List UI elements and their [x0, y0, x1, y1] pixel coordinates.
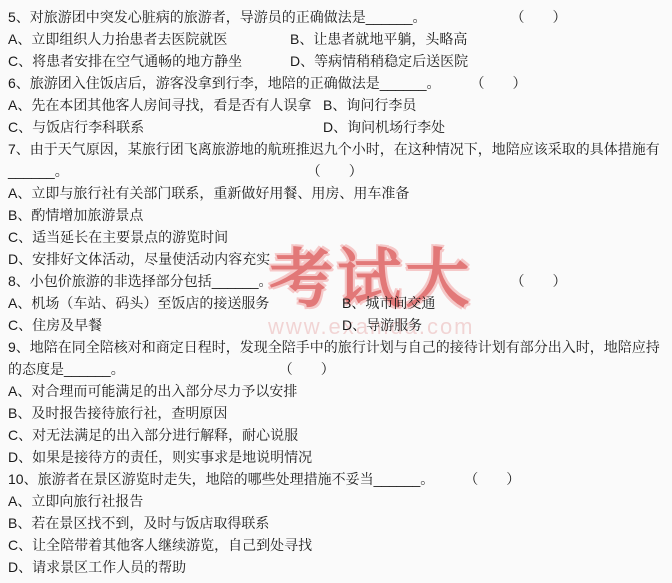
stem-punctuation: 。 — [413, 9, 427, 25]
option: C、让全陪带着其他客人继续游览，自己到处寻找 — [8, 534, 312, 556]
option-row: D、请求景区工作人员的帮助 — [8, 556, 666, 578]
option-text: 如果是接待方的责任，则实事求是地说明情况 — [32, 449, 312, 465]
option-key: C、 — [8, 317, 32, 333]
option: D、询问机场行李处 — [323, 116, 666, 138]
bracket-spacer — [69, 175, 307, 176]
option-key: D、 — [8, 449, 32, 465]
option: D、如果是接待方的责任，则实事求是地说明情况 — [8, 446, 312, 468]
option-key: A、 — [8, 295, 31, 311]
option-row: A、立即与旅行社有关部门联系，重新做好用餐、用房、用车准备 — [8, 182, 666, 204]
question-stem-text: 旅游者在景区游览时走失，地陪的哪些处理措施不妥当 — [38, 471, 374, 487]
exam-page: 考试大 www.examda.com 5、对旅游团中突发心脏病的旅游者，导游员的… — [0, 0, 672, 583]
option-text: 安排好文体活动，尽量使活动内容充实 — [32, 251, 270, 267]
option-text: 等病情稍稍稳定后送医院 — [314, 53, 468, 69]
answer-bracket: （ ） — [511, 273, 567, 289]
option: D、导游服务 — [342, 314, 666, 336]
option-text: 询问行李员 — [346, 97, 416, 113]
option: B、让患者就地平躺，头略高 — [290, 28, 666, 50]
option-text: 城市间交通 — [365, 295, 435, 311]
question-stem-text: 旅游团入住饭店后，游客没拿到行李，地陪的正确做法是 — [30, 75, 380, 91]
option: C、将患者安排在空气通畅的地方静坐 — [8, 50, 290, 72]
answer-blank: ______ — [212, 273, 259, 289]
question-block: 5、对旅游团中突发心脏病的旅游者，导游员的正确做法是______。（ ）A、立即… — [8, 6, 666, 72]
option-row: A、立即向旅行社报告 — [8, 490, 666, 512]
option-row: B、及时报告接待旅行社，查明原因 — [8, 402, 666, 424]
bracket-spacer — [441, 87, 471, 88]
question-block: 10、旅游者在景区游览时走失，地陪的哪些处理措施不妥当______。（ ）A、立… — [8, 468, 666, 578]
option-row: A、立即组织人力抬患者去医院就医B、让患者就地平躺，头略高 — [8, 28, 666, 50]
answer-bracket: （ ） — [511, 9, 567, 25]
option-row: A、对合理而可能满足的出入部分尽力予以安排 — [8, 380, 666, 402]
option-text: 及时报告接待旅行社，查明原因 — [31, 405, 227, 421]
option: D、安排好文体活动，尽量使活动内容充实 — [8, 248, 270, 270]
question-number: 7、 — [8, 141, 30, 157]
option-text: 先在本团其他客人房间寻找，看是否有人误拿 — [31, 97, 311, 113]
stem-punctuation: 。 — [420, 471, 434, 487]
option: B、询问行李员 — [323, 94, 666, 116]
question-stem: 6、旅游团入住饭店后，游客没拿到行李，地陪的正确做法是______。（ ） — [8, 72, 666, 94]
option-key: C、 — [8, 427, 32, 443]
answer-bracket: （ ） — [279, 361, 335, 377]
stem-punctuation: 。 — [427, 75, 441, 91]
question-block: 8、小包价旅游的非选择部分包括______。（ ）A、机场（车站、码头）至饭店的… — [8, 270, 666, 336]
option-key: B、 — [290, 31, 313, 47]
option: A、立即向旅行社报告 — [8, 490, 143, 512]
option-text: 若在景区找不到，及时与饭店取得联系 — [31, 515, 269, 531]
option-key: B、 — [8, 405, 31, 421]
option-key: D、 — [8, 559, 32, 575]
option-row: C、适当延长在主要景点的游览时间 — [8, 226, 666, 248]
option-row: B、酌情增加旅游景点 — [8, 204, 666, 226]
option-key: D、 — [342, 317, 366, 333]
question-number: 8、 — [8, 273, 30, 289]
option: B、及时报告接待旅行社，查明原因 — [8, 402, 227, 424]
option-text: 对无法满足的出入部分进行解释，耐心说服 — [32, 427, 298, 443]
option-row: C、与饭店行李科联系D、询问机场行李处 — [8, 116, 666, 138]
option: A、对合理而可能满足的出入部分尽力予以安排 — [8, 380, 297, 402]
option-key: A、 — [8, 31, 31, 47]
option-text: 询问机场行李处 — [347, 119, 445, 135]
question-block: 9、地陪在同全陪核对和商定日程时，发现全陪手中的旅行计划与自己的接待计划有部分出… — [8, 336, 666, 468]
question-number: 10、 — [8, 471, 38, 487]
answer-blank: ______ — [366, 9, 413, 25]
option-key: D、 — [323, 119, 347, 135]
stem-punctuation: 。 — [111, 361, 125, 377]
option-row: C、将患者安排在空气通畅的地方静坐D、等病情稍稍稳定后送医院 — [8, 50, 666, 72]
bracket-spacer — [434, 483, 464, 484]
option-text: 酌情增加旅游景点 — [31, 207, 143, 223]
option-text: 立即组织人力抬患者去医院就医 — [31, 31, 227, 47]
option-row: C、让全陪带着其他客人继续游览，自己到处寻找 — [8, 534, 666, 556]
option-key: B、 — [342, 295, 365, 311]
answer-bracket: （ ） — [307, 163, 363, 179]
bracket-spacer — [427, 21, 511, 22]
answer-blank: ______ — [64, 361, 111, 377]
option-text: 请求景区工作人员的帮助 — [32, 559, 186, 575]
question-number: 5、 — [8, 9, 30, 25]
bracket-spacer — [125, 373, 279, 374]
option-key: B、 — [8, 207, 31, 223]
bracket-spacer — [273, 285, 511, 286]
option-key: A、 — [8, 493, 31, 509]
option-key: C、 — [8, 119, 32, 135]
question-stem-text: 对旅游团中突发心脏病的旅游者，导游员的正确做法是 — [30, 9, 366, 25]
answer-blank: ______ — [374, 471, 421, 487]
option: C、对无法满足的出入部分进行解释，耐心说服 — [8, 424, 298, 446]
answer-blank: ______ — [8, 163, 55, 179]
question-stem: 9、地陪在同全陪核对和商定日程时，发现全陪手中的旅行计划与自己的接待计划有部分出… — [8, 336, 666, 380]
option-key: C、 — [8, 53, 32, 69]
question-number: 9、 — [8, 339, 30, 355]
question-stem: 5、对旅游团中突发心脏病的旅游者，导游员的正确做法是______。（ ） — [8, 6, 666, 28]
option-text: 立即与旅行社有关部门联系，重新做好用餐、用房、用车准备 — [31, 185, 409, 201]
option: C、与饭店行李科联系 — [8, 116, 323, 138]
option: A、立即组织人力抬患者去医院就医 — [8, 28, 290, 50]
option-row: D、如果是接待方的责任，则实事求是地说明情况 — [8, 446, 666, 468]
option-text: 让全陪带着其他客人继续游览，自己到处寻找 — [32, 537, 312, 553]
option-text: 立即向旅行社报告 — [31, 493, 143, 509]
question-block: 6、旅游团入住饭店后，游客没拿到行李，地陪的正确做法是______。（ ）A、先… — [8, 72, 666, 138]
option-text: 适当延长在主要景点的游览时间 — [32, 229, 228, 245]
answer-blank: ______ — [380, 75, 427, 91]
question-stem-text: 由于天气原因，某旅行团飞离旅游地的航班推迟九个小时，在这种情况下，地陪应该采取的… — [30, 141, 660, 157]
answer-bracket: （ ） — [464, 471, 520, 487]
option-text: 对合理而可能满足的出入部分尽力予以安排 — [31, 383, 297, 399]
option-key: A、 — [8, 185, 31, 201]
option-key: B、 — [323, 97, 346, 113]
option: D、请求景区工作人员的帮助 — [8, 556, 186, 578]
option-key: D、 — [290, 53, 314, 69]
option: B、若在景区找不到，及时与饭店取得联系 — [8, 512, 269, 534]
option: C、适当延长在主要景点的游览时间 — [8, 226, 228, 248]
option-text: 将患者安排在空气通畅的地方静坐 — [32, 53, 242, 69]
option: B、酌情增加旅游景点 — [8, 204, 143, 226]
option-key: C、 — [8, 229, 32, 245]
option-text: 与饭店行李科联系 — [32, 119, 144, 135]
option: D、等病情稍稍稳定后送医院 — [290, 50, 666, 72]
option-row: A、机场（车站、码头）至饭店的接送服务B、城市间交通 — [8, 292, 666, 314]
option: C、住房及早餐 — [8, 314, 342, 336]
option-text: 让患者就地平躺，头略高 — [313, 31, 467, 47]
answer-bracket: （ ） — [471, 75, 527, 91]
option-row: A、先在本团其他客人房间寻找，看是否有人误拿B、询问行李员 — [8, 94, 666, 116]
option: A、立即与旅行社有关部门联系，重新做好用餐、用房、用车准备 — [8, 182, 409, 204]
option-text: 住房及早餐 — [32, 317, 102, 333]
option-text: 机场（车站、码头）至饭店的接送服务 — [31, 295, 269, 311]
option-key: A、 — [8, 383, 31, 399]
option-row: C、住房及早餐D、导游服务 — [8, 314, 666, 336]
question-list: 5、对旅游团中突发心脏病的旅游者，导游员的正确做法是______。（ ）A、立即… — [0, 0, 672, 578]
option: A、先在本团其他客人房间寻找，看是否有人误拿 — [8, 94, 323, 116]
option-text: 导游服务 — [366, 317, 422, 333]
question-block: 7、由于天气原因，某旅行团飞离旅游地的航班推迟九个小时，在这种情况下，地陪应该采… — [8, 138, 666, 270]
option-key: B、 — [8, 515, 31, 531]
stem-punctuation: 。 — [55, 163, 69, 179]
question-stem: 7、由于天气原因，某旅行团飞离旅游地的航班推迟九个小时，在这种情况下，地陪应该采… — [8, 138, 666, 182]
option-row: C、对无法满足的出入部分进行解释，耐心说服 — [8, 424, 666, 446]
option-key: C、 — [8, 537, 32, 553]
question-stem-text: 小包价旅游的非选择部分包括 — [30, 273, 212, 289]
option: A、机场（车站、码头）至饭店的接送服务 — [8, 292, 342, 314]
stem-punctuation: 。 — [259, 273, 273, 289]
question-stem: 10、旅游者在景区游览时走失，地陪的哪些处理措施不妥当______。（ ） — [8, 468, 666, 490]
option-key: A、 — [8, 97, 31, 113]
option-row: D、安排好文体活动，尽量使活动内容充实 — [8, 248, 666, 270]
option: B、城市间交通 — [342, 292, 666, 314]
question-stem: 8、小包价旅游的非选择部分包括______。（ ） — [8, 270, 666, 292]
option-row: B、若在景区找不到，及时与饭店取得联系 — [8, 512, 666, 534]
option-key: D、 — [8, 251, 32, 267]
question-number: 6、 — [8, 75, 30, 91]
